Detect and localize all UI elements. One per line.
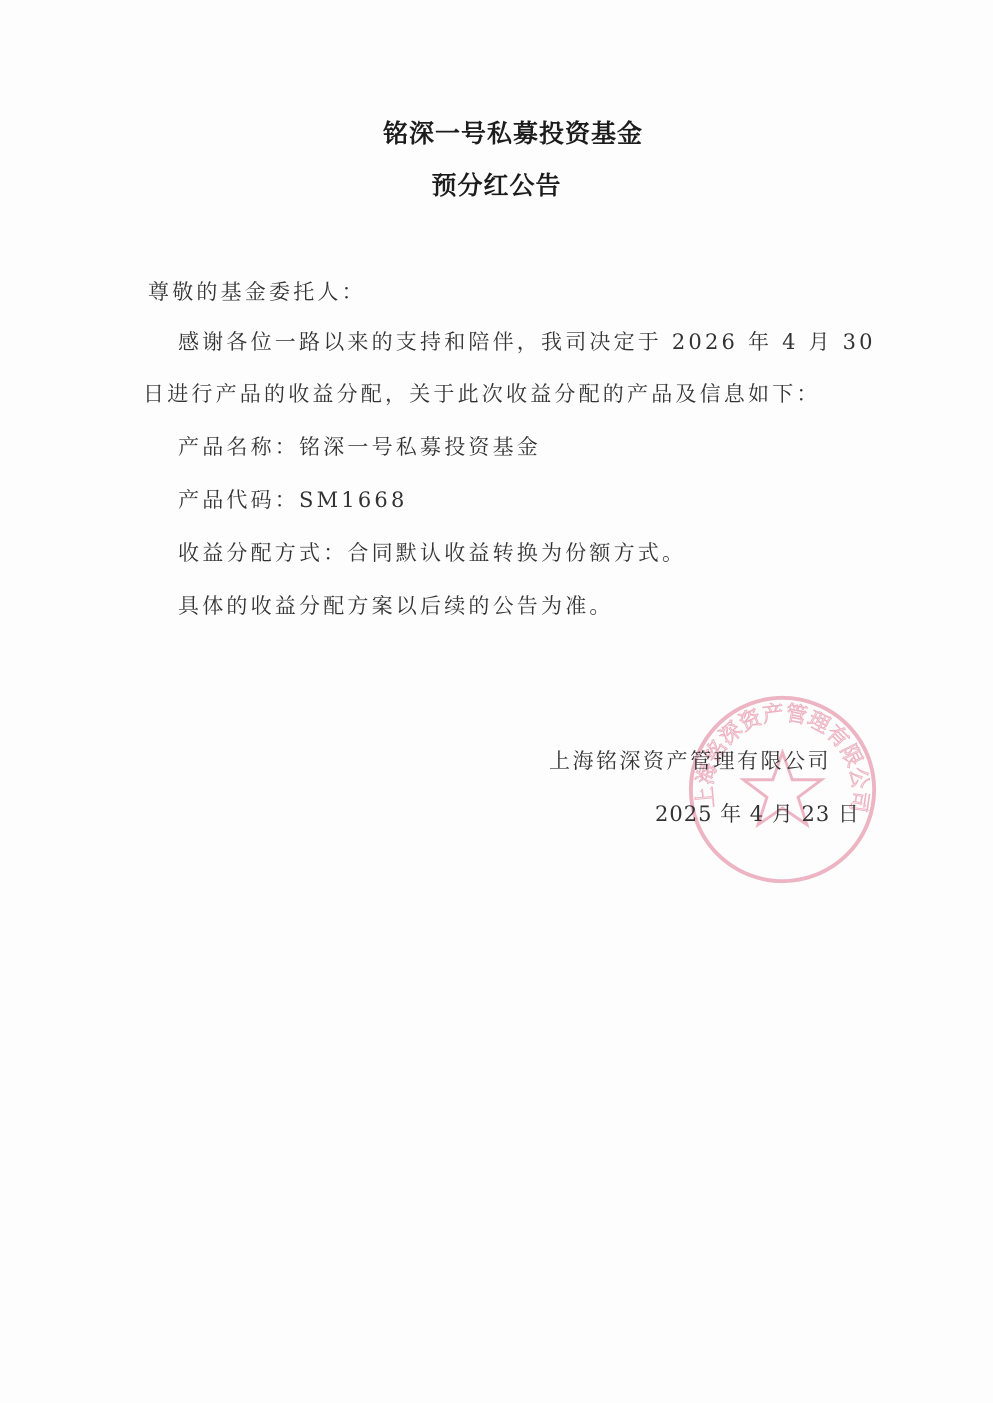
note: 具体的收益分配方案以后续的公告为准。 [178,590,614,620]
company-seal-stamp: 上海铭深资产管理有限公司 [685,692,880,887]
product-name: 产品名称：铭深一号私募投资基金 [178,431,541,461]
signature-company: 上海铭深资产管理有限公司 [549,745,831,775]
seal-icon: 上海铭深资产管理有限公司 [685,692,880,887]
distribution-method: 收益分配方式：合同默认收益转换为份额方式。 [178,537,686,567]
product-code: 产品代码：SM1668 [178,484,408,514]
signature-date: 2025 年 4 月 23 日 [655,798,860,828]
paragraph-line-1: 感谢各位一路以来的支持和陪伴，我司决定于 2026 年 4 月 30 [178,326,876,356]
document-title: 铭深一号私募投资基金 [0,114,993,150]
salutation: 尊敬的基金委托人： [148,276,366,306]
paragraph-line-2: 日进行产品的收益分配，关于此次收益分配的产品及信息如下： [143,378,821,408]
document-page: 铭深一号私募投资基金 预分红公告 尊敬的基金委托人： 感谢各位一路以来的支持和陪… [0,0,993,1403]
document-subtitle: 预分红公告 [0,166,993,202]
